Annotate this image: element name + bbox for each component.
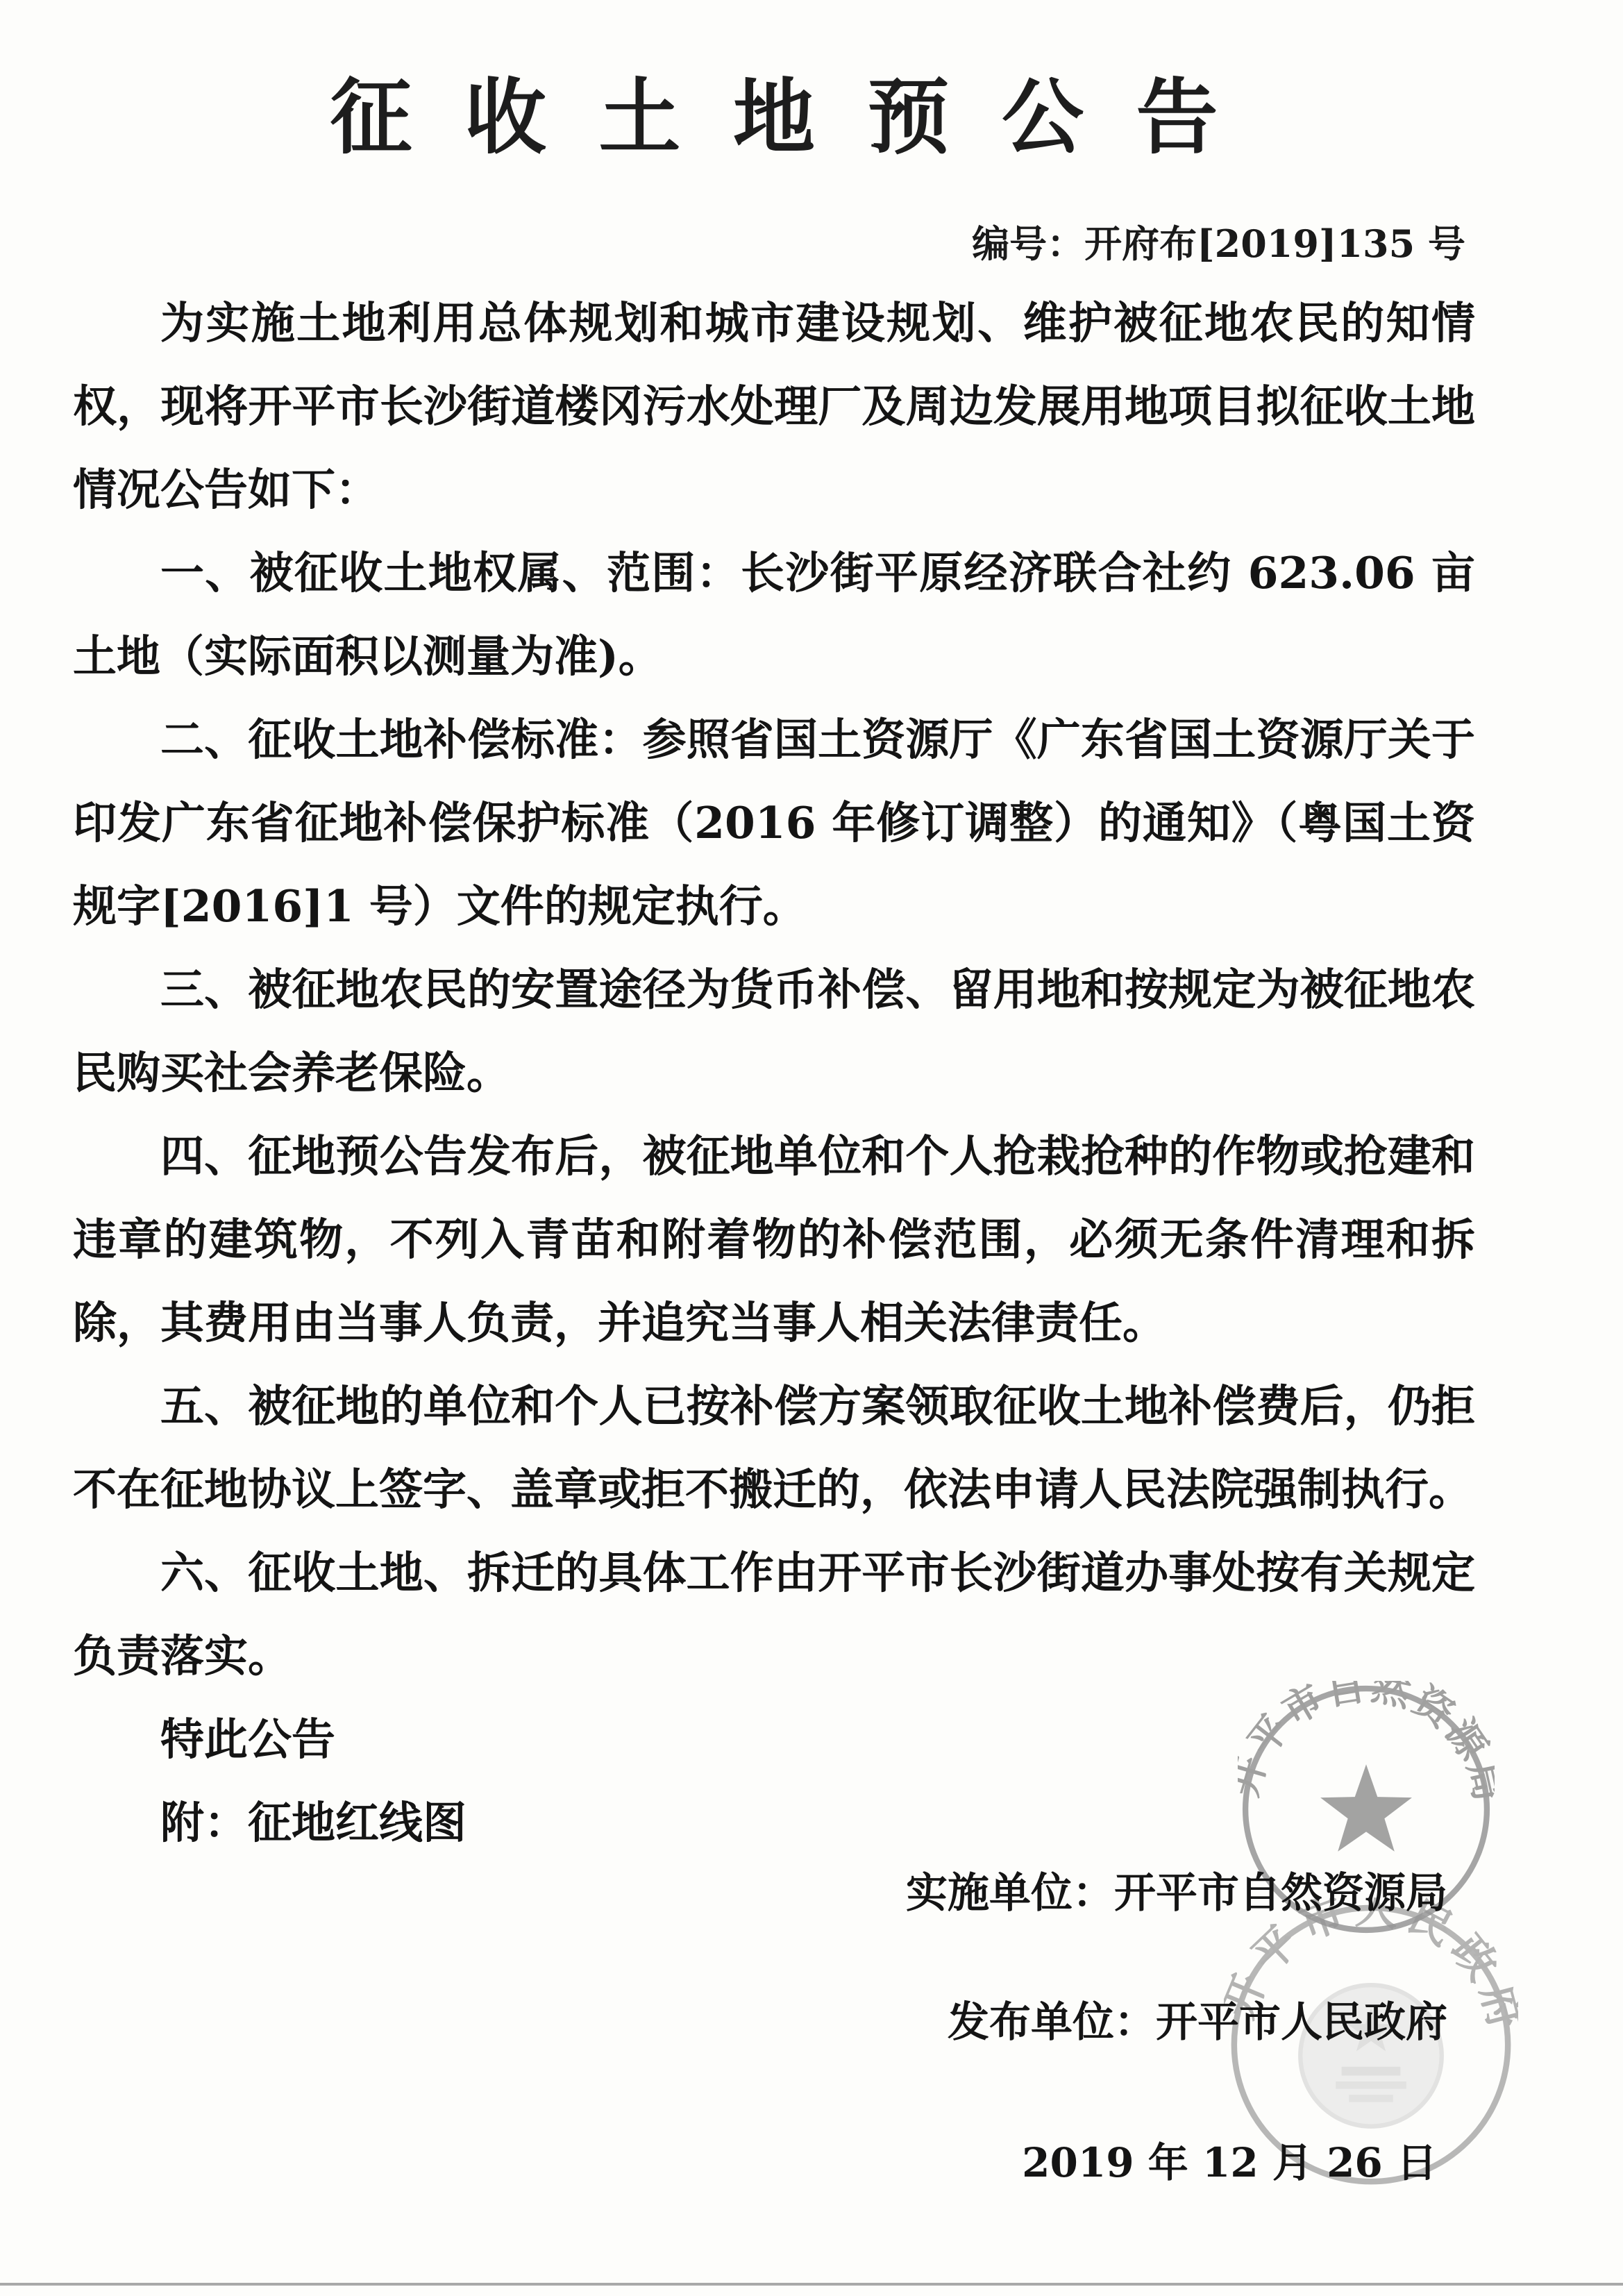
announcement-document-page: 开平市自然资源局 开平市人民政府 征收土地预公告 编号：开府布[2019]135… xyxy=(0,0,1623,2296)
clause-5-enforcement: 五、被征地的单位和个人已按补偿方案领取征收土地补偿费后，仍拒不在征地协议上签字、… xyxy=(73,1364,1475,1531)
intro-paragraph: 为实施土地利用总体规划和城市建设规划、维护被征地农民的知情权，现将开平市长沙街道… xyxy=(73,281,1475,531)
clause-1-land-scope: 一、被征收土地权属、范围：长沙街平原经济联合社约 623.06 亩土地（实际面积… xyxy=(73,531,1475,698)
announcement-body: 为实施土地利用总体规划和城市建设规划、维护被征地农民的知情权，现将开平市长沙街道… xyxy=(73,281,1475,1864)
document-number: 编号：开府布[2019]135 号 xyxy=(73,216,1475,271)
implementing-unit-line: 实施单位：开平市自然资源局 xyxy=(906,1869,1447,1918)
page-title: 征收土地预公告 xyxy=(73,0,1475,174)
clause-2-compensation-standard: 二、征收土地补偿标准：参照省国土资源厅《广东省国土资源厅关于印发广东省征地补偿保… xyxy=(73,698,1475,948)
attachment-note: 附：征地红线图 xyxy=(73,1781,1475,1864)
clause-3-resettlement: 三、被征地农民的安置途径为货币补偿、留用地和按规定为被征地农民购买社会养老保险。 xyxy=(73,948,1475,1114)
page-bottom-scan-line xyxy=(0,2283,1623,2286)
closing-notice: 特此公告 xyxy=(73,1698,1475,1781)
issue-date: 2019 年 12 月 26 日 xyxy=(1022,2138,1437,2187)
publishing-unit-line: 发布单位：开平市人民政府 xyxy=(948,1998,1447,2047)
clause-6-implementation: 六、征收土地、拆迁的具体工作由开平市长沙街道办事处按有关规定负责落实。 xyxy=(73,1531,1475,1698)
clause-4-illegal-structures: 四、征地预公告发布后，被征地单位和个人抢栽抢种的作物或抢建和违章的建筑物，不列入… xyxy=(73,1114,1475,1364)
